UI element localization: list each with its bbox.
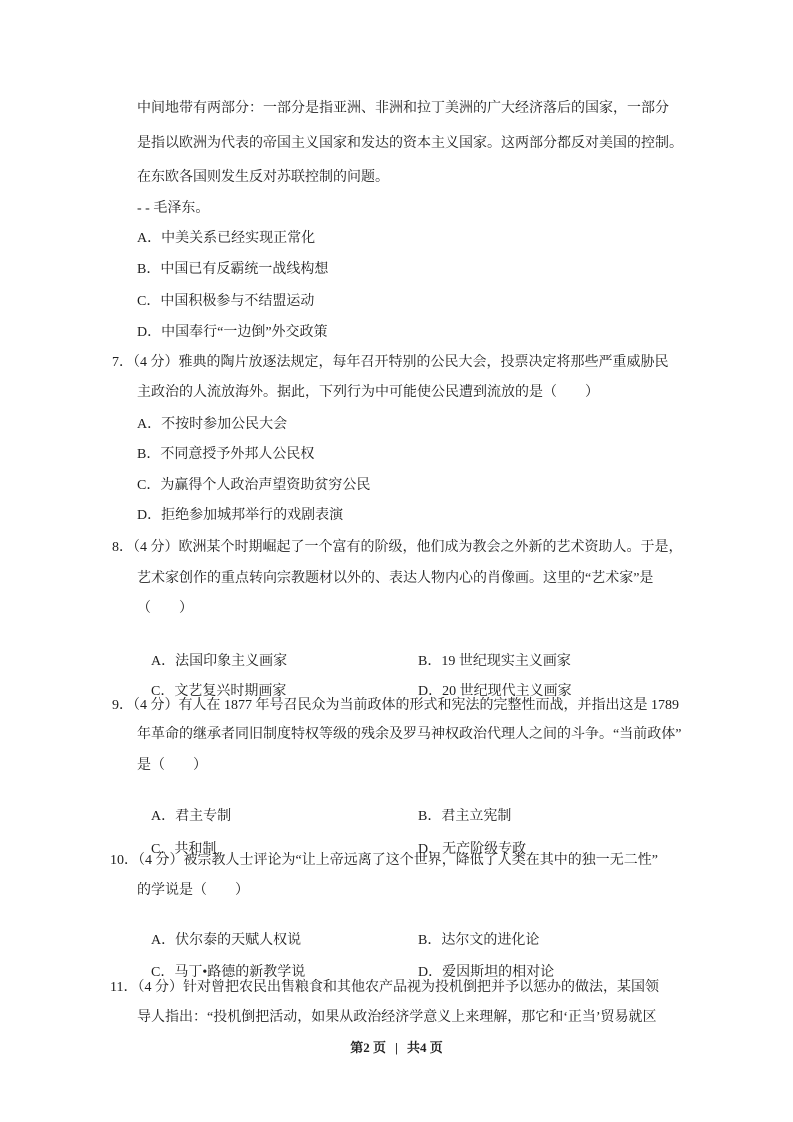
q7-stem-line-1: 7．（4 分）雅典的陶片放逐法规定，每年召开特别的公民大会，投票决定将那些严重威… [112,353,669,373]
q7-option-b: B．不同意授予外邦人公民权 [137,445,314,465]
q9-stem-line-1: 9．（4 分）有人在 1877 年号召民众为当前政体的形式和宪法的完整性而战，并… [112,696,679,716]
material-option-b: B．中国已有反霸统一战线构想 [137,260,328,280]
q10-stem-line-2: 的学说是（ ） [137,881,249,901]
q8-stem-line-3: （ ） [137,599,193,619]
q7-option-a: A．不按时参加公民大会 [137,415,287,435]
footer-separator: | [395,1040,398,1055]
q10-stem-line-1: 10．（4 分）被宗教人士评论为“让上帝远离了这个世界，降低了人类在其中的独一无… [110,851,658,871]
material-text-line-1: 中间地带有两部分：一部分是指亚洲、非洲和拉丁美洲的广大经济落后的国家，一部分 [137,99,669,119]
q9-stem-line-3: 是（ ） [137,756,207,776]
q7-option-c: C．为赢得个人政治声望资助贫穷公民 [137,476,370,496]
q11-stem-line-1: 11．（4 分）针对曾把农民出售粮食和其他农产品视为投机倒把并予以惩办的做法，某… [110,978,659,998]
material-option-c: C．中国积极参与不结盟运动 [137,292,314,312]
material-attribution: - - 毛泽东。 [137,199,209,219]
q8-stem-line-2: 艺术家创作的重点转向宗教题材以外的、表达人物内心的肖像画。这里的“艺术家”是 [137,569,653,589]
material-text-line-2: 是指以欧洲为代表的帝国主义国家和发达的资本主义国家。这两部分都反对美国的控制。 [137,134,683,154]
q11-stem-line-2: 导人指出：“投机倒把活动，如果从政治经济学意义上来理解，那它和‘正当’贸易就区 [137,1008,657,1028]
q7-stem-line-2: 主政治的人流放海外。据此，下列行为中可能使公民遭到流放的是（ ） [137,383,599,403]
page-footer: 第2 页|共4 页 [0,1037,793,1056]
q7-option-d: D．拒绝参加城邦举行的戏剧表演 [137,506,343,526]
material-option-a: A．中美关系已经实现正常化 [137,229,315,249]
q8-stem-line-1: 8．（4 分）欧洲某个时期崛起了一个富有的阶级，他们成为教会之外新的艺术资助人。… [112,538,683,558]
total-pages: 共4 页 [407,1040,443,1055]
material-option-d: D．中国奉行“一边倒”外交政策 [137,323,328,343]
q9-stem-line-2: 年革命的继承者同旧制度特权等级的残余及罗马神权政治代理人之间的斗争。“当前政体” [137,725,681,745]
q9-option-row-2: C．共和制D．无产阶级专政 [137,820,526,880]
material-text-line-3: 在东欧各国则发生反对苏联控制的问题。 [137,168,389,188]
page-number: 第2 页 [350,1040,386,1055]
exam-page: 中间地带有两部分：一部分是指亚洲、非洲和拉丁美洲的广大经济落后的国家，一部分 是… [0,0,793,1122]
